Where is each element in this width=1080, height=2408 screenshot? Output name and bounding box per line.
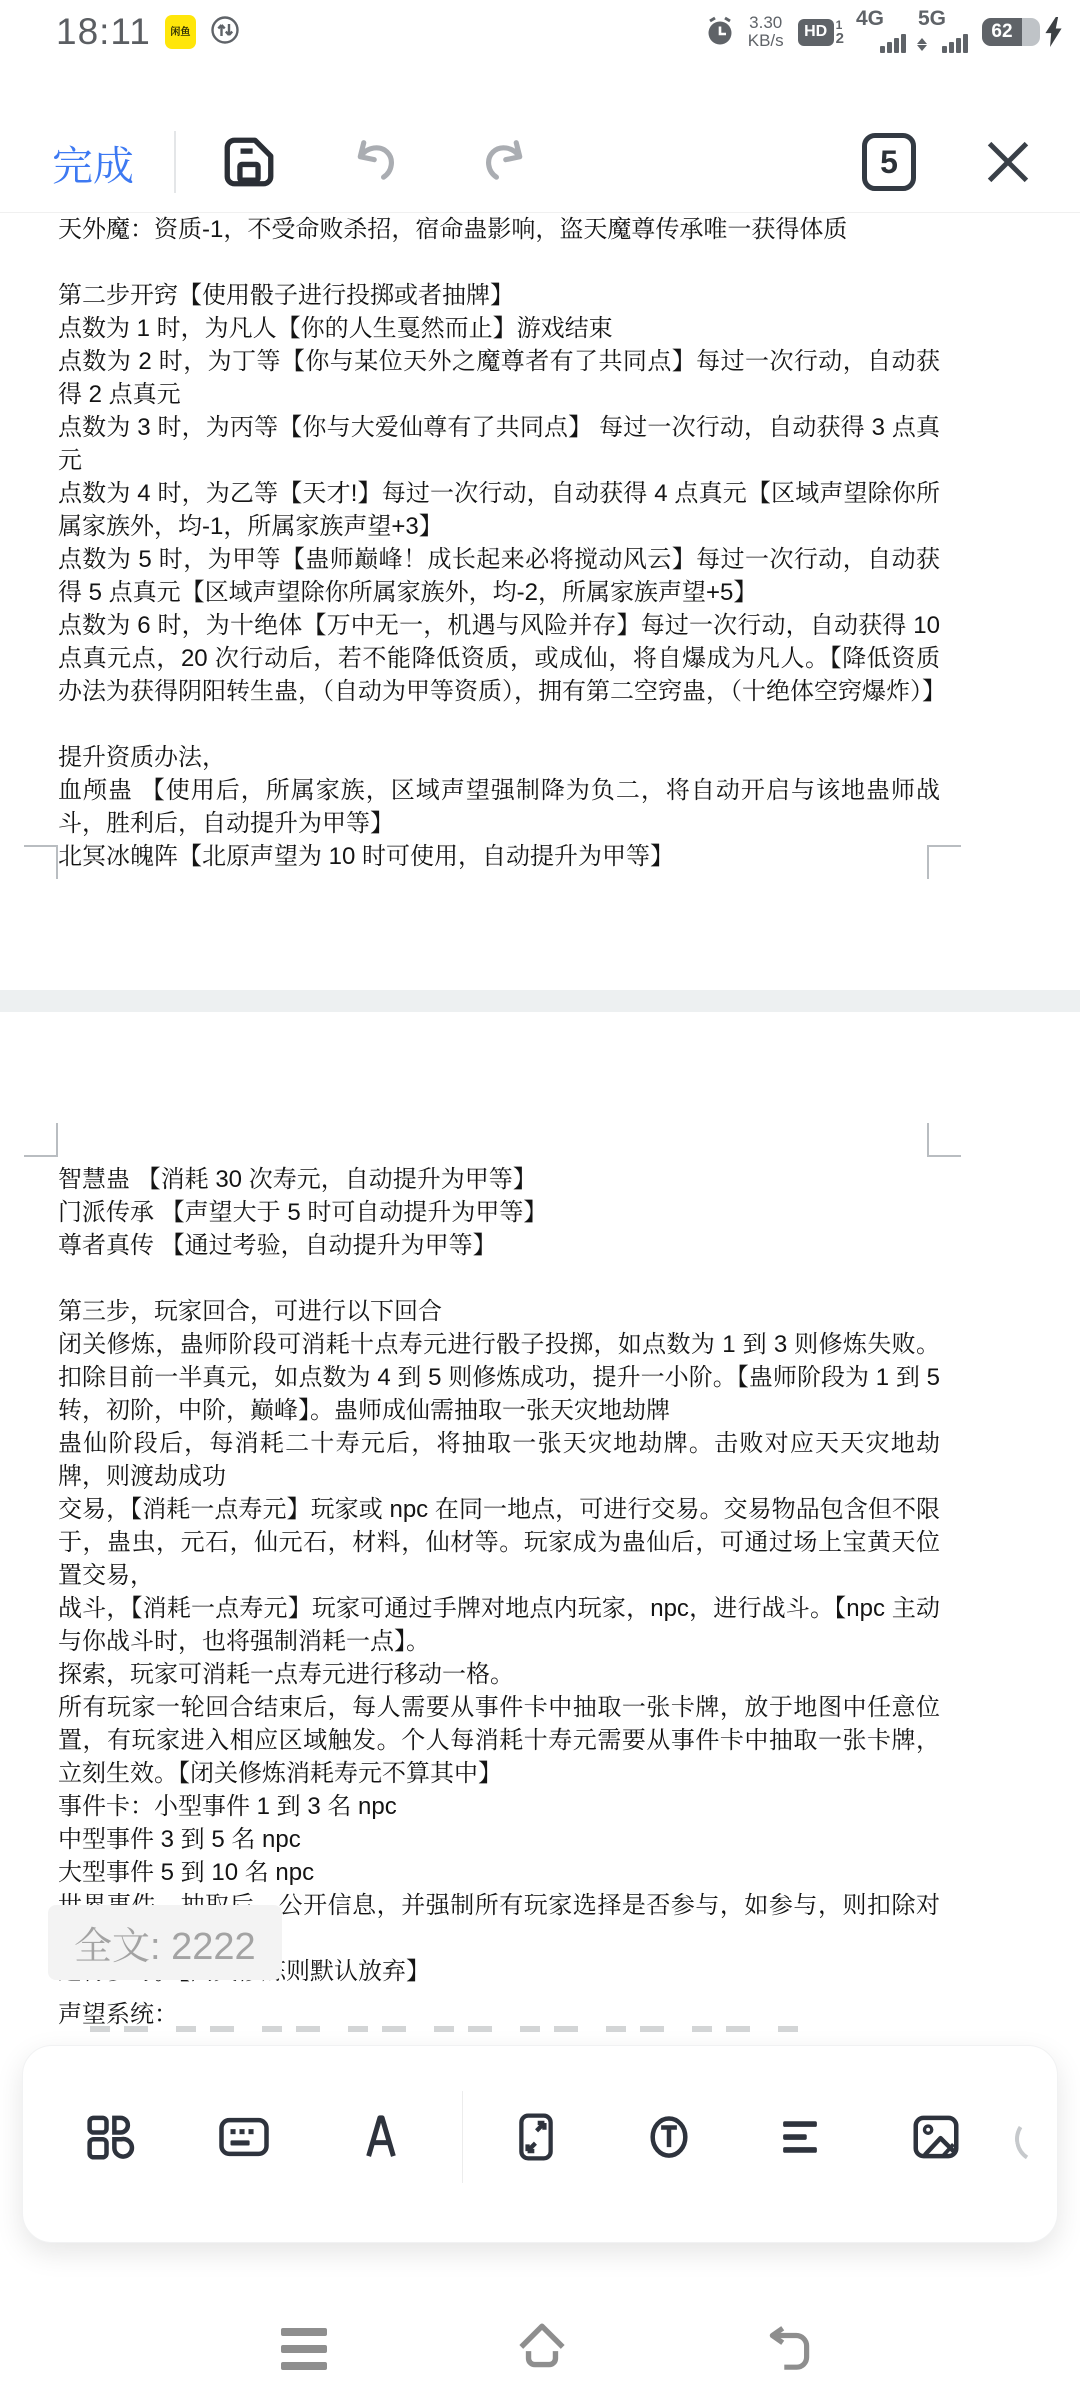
document-paragraph[interactable]: 点数为 4 时，为乙等【天才!】每过一次行动，自动获得 4 点真元【区域声望除你… (58, 477, 940, 543)
word-count-badge: 全文: 2222 (48, 1905, 282, 1980)
status-right-cluster: 3.30 KB/s HD 1 2 4G 5G (704, 9, 1062, 55)
format-toolbar-panel (22, 2045, 1058, 2243)
alarm-icon (704, 16, 736, 48)
document-paragraph[interactable]: 天外魔：资质-1，不受命败杀招，宿命蛊影响，盗天魔尊传承唯一获得体质 (58, 213, 940, 246)
document-canvas[interactable]: 天外魔：资质-1，不受命败杀招，宿命蛊影响，盗天魔尊传承唯一获得体质 第二步开窍… (0, 213, 1080, 2043)
clipped-text-fragments (90, 2026, 806, 2032)
document-paragraph[interactable]: 提升资质办法， (58, 741, 940, 774)
document-paragraph[interactable]: 点数为 2 时，为丁等【你与某位天外之魔尊者有了共同点】每过一次行动，自动获得 … (58, 345, 940, 411)
layout-grid-button[interactable] (63, 2089, 159, 2185)
data-sync-icon (210, 15, 240, 50)
document-paragraph[interactable] (58, 708, 940, 741)
sim1-label: 1 (836, 19, 844, 31)
undo-button[interactable] (348, 134, 404, 190)
back-button[interactable] (760, 2314, 820, 2384)
signal-bars-icon (878, 34, 906, 53)
document-paragraph[interactable]: 交易，【消耗一点寿元】玩家或 npc 在同一地点，可进行交易。交易物品包含但不限… (58, 1493, 940, 1592)
font-style-button[interactable] (333, 2089, 429, 2185)
page2-top-right-corner-mark (927, 1123, 961, 1157)
signal-5g: 5G (918, 9, 968, 55)
screen: 18:11 闲鱼 3.30 KB/s HD (0, 0, 1080, 2408)
text-style-button[interactable] (621, 2089, 717, 2185)
clock: 18:11 (56, 11, 151, 53)
app-badge-label: 闲鱼 (170, 27, 190, 38)
hd-icon: HD (798, 19, 834, 46)
page1-bottom-right-corner-mark (927, 845, 961, 879)
signal-bars-icon (940, 34, 968, 53)
document-paragraph[interactable]: 第三步，玩家回合，可进行以下回合 (58, 1295, 940, 1328)
text-style-icon (642, 2110, 696, 2164)
layout-grid-icon (84, 2110, 138, 2164)
redo-icon (476, 134, 532, 190)
document-paragraph[interactable]: 大型事件 5 到 10 名 npc (58, 1856, 940, 1889)
page1-bottom-left-corner-mark (24, 845, 58, 879)
network-speed: 3.30 KB/s (748, 14, 784, 50)
close-icon (982, 136, 1034, 188)
document-paragraph[interactable] (58, 1262, 940, 1295)
more-tools-peek-arc (1011, 2111, 1068, 2168)
document-paragraph[interactable]: 事件卡：小型事件 1 到 3 名 npc (58, 1790, 940, 1823)
document-paragraph[interactable]: 智慧蛊 【消耗 30 次寿元，自动提升为甲等】 (58, 1163, 940, 1196)
document-paragraph[interactable]: 点数为 1 时，为凡人【你的人生戛然而止】游戏结束 (58, 312, 940, 345)
document-paragraph[interactable]: 尊者真传 【通过考验，自动提升为甲等】 (58, 1229, 940, 1262)
network-4g-label: 4G (856, 7, 884, 31)
fit-page-button[interactable] (488, 2089, 584, 2185)
insert-image-icon (909, 2110, 963, 2164)
document-paragraph[interactable]: 蛊仙阶段后，每消耗二十寿元后，将抽取一张天灾地劫牌。击败对应天天灾地劫牌，则渡劫… (58, 1427, 940, 1493)
done-button[interactable]: 完成 (52, 133, 134, 192)
document-paragraph[interactable]: 所有玩家一轮回合结束后，每人需要从事件卡中抽取一张卡牌，放于地图中任意位置，有玩… (58, 1691, 940, 1790)
network-5g-label: 5G (918, 7, 946, 31)
save-icon (220, 133, 278, 191)
document-paragraph[interactable]: 门派传承 【声望大于 5 时可自动提升为甲等】 (58, 1196, 940, 1229)
document-paragraph[interactable]: 血颅蛊 【使用后，所属家族，区域声望强制降为负二，将自动开启与该地蛊师战斗，胜利… (58, 774, 940, 840)
document-paragraph[interactable]: 闭关修炼，蛊师阶段可消耗十点寿元进行骰子投掷，如点数为 1 到 3 则修炼失败。… (58, 1328, 940, 1427)
edit-toolbar: 完成 5 (0, 112, 1080, 213)
signal-4g: 4G (856, 9, 906, 55)
back-icon (763, 2322, 817, 2376)
app-notification-icon: 闲鱼 (165, 15, 196, 49)
document-paragraph[interactable]: 第二步开窍【使用骰子进行投掷或者抽牌】 (58, 279, 940, 312)
home-button[interactable] (512, 2310, 572, 2386)
font-style-icon (354, 2110, 408, 2164)
tab-count-label: 5 (880, 144, 898, 181)
document-paragraph[interactable]: 点数为 6 时，为十绝体【万中无一，机遇与风险并存】每过一次行动，自动获得 10… (58, 609, 940, 708)
speed-value: 3.30 (748, 14, 784, 32)
updown-arrows-icon (917, 38, 927, 51)
keyboard-icon (217, 2110, 271, 2164)
document-page-1[interactable]: 天外魔：资质-1，不受命败杀招，宿命蛊影响，盗天魔尊传承唯一获得体质 第二步开窍… (58, 213, 940, 873)
toolbar-divider (174, 131, 176, 193)
battery-icon: 62 (982, 18, 1040, 46)
document-page-2[interactable]: 智慧蛊 【消耗 30 次寿元，自动提升为甲等】门派传承 【声望大于 5 时可自动… (58, 1163, 940, 1988)
document-paragraph[interactable]: 北冥冰魄阵【北原声望为 10 时可使用，自动提升为甲等】 (58, 840, 940, 873)
speed-unit: KB/s (748, 32, 784, 50)
document-paragraph[interactable]: 中型事件 3 到 5 名 npc (58, 1823, 940, 1856)
fit-page-icon (509, 2110, 563, 2164)
document-paragraph[interactable]: 战斗，【消耗一点寿元】玩家可通过手牌对地点内玩家，npc，进行战斗。【npc 主… (58, 1592, 940, 1658)
align-paragraph-icon (773, 2110, 827, 2164)
volte-indicator: HD 1 2 (798, 19, 844, 46)
close-button[interactable] (982, 136, 1034, 188)
tab-count-button[interactable]: 5 (862, 133, 916, 191)
insert-image-button[interactable] (888, 2089, 984, 2185)
document-paragraph[interactable]: 探索，玩家可消耗一点寿元进行移动一格。 (58, 1658, 940, 1691)
home-icon (513, 2319, 571, 2377)
charging-bolt-icon (1045, 17, 1062, 47)
document-paragraph[interactable]: 点数为 3 时，为丙等【你与大爱仙尊有了共同点】 每过一次行动，自动获得 3 点… (58, 411, 940, 477)
align-paragraph-button[interactable] (752, 2089, 848, 2185)
battery-indicator: 62 (982, 17, 1062, 47)
document-paragraph[interactable]: 点数为 5 时，为甲等【蛊师巅峰！成长起来必将搅动风云】每过一次行动，自动获得 … (58, 543, 940, 609)
sim2-label: 2 (836, 31, 844, 46)
save-button[interactable] (220, 133, 278, 191)
undo-icon (348, 134, 404, 190)
battery-level: 62 (982, 18, 1022, 46)
navigation-bar (0, 2290, 1080, 2408)
recents-menu-button[interactable] (276, 2314, 332, 2384)
page2-top-left-corner-mark (24, 1123, 58, 1157)
menu-icon (281, 2324, 327, 2375)
page-separator (0, 990, 1080, 1012)
status-bar: 18:11 闲鱼 3.30 KB/s HD (0, 0, 1080, 64)
redo-button[interactable] (476, 134, 532, 190)
panel-divider (462, 2091, 463, 2183)
keyboard-button[interactable] (196, 2089, 292, 2185)
document-paragraph[interactable] (58, 246, 940, 279)
